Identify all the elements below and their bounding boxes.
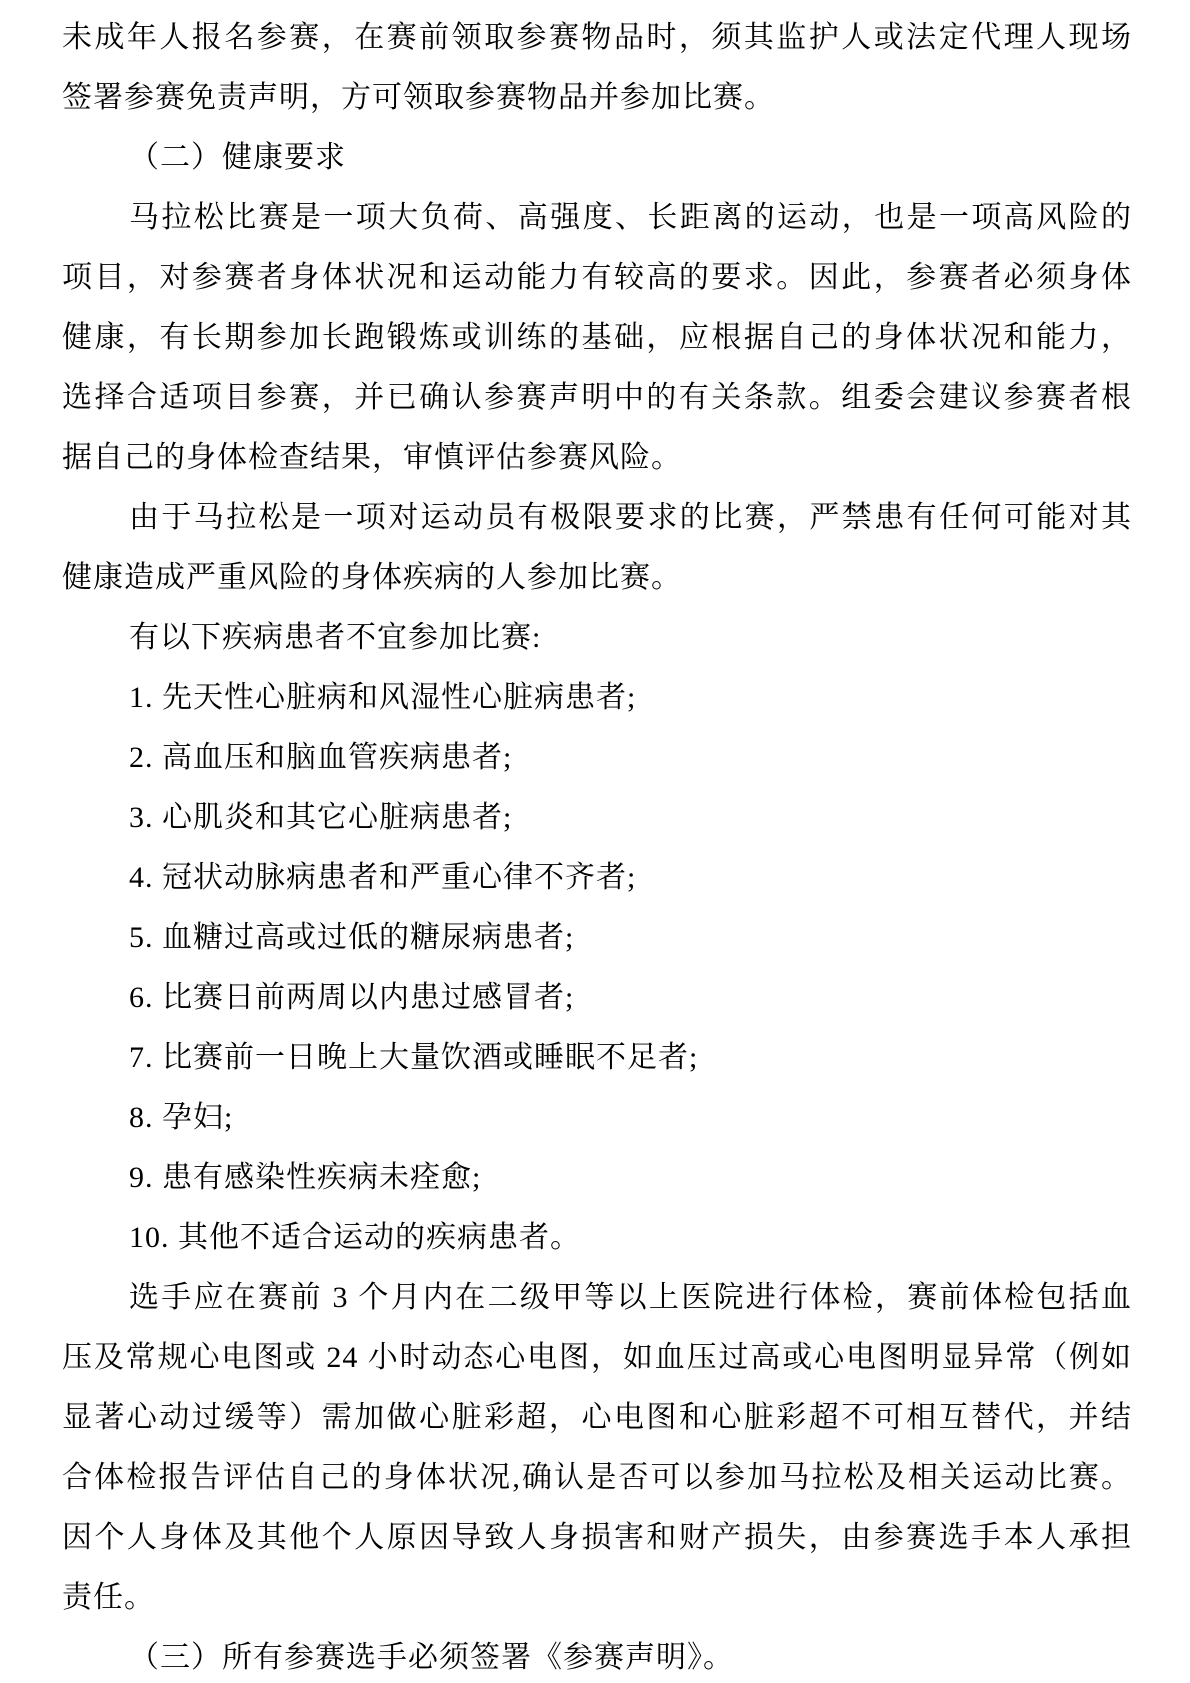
paragraph-line: 马拉松比赛是一项大负荷、高强度、长距离的运动，也是一项高风险的	[62, 188, 1132, 248]
paragraph-line: 有以下疾病患者不宜参加比赛:	[62, 608, 1132, 668]
paragraph-line: 压及常规心电图或 24 小时动态心电图，如血压过高或心电图明显异常（例如	[62, 1328, 1132, 1388]
section-heading: （二）健康要求	[62, 128, 1132, 188]
list-item-line: 2. 高血压和脑血管疾病患者;	[62, 728, 1132, 788]
document-page: 未成年人报名参赛，在赛前领取参赛物品时，须其监护人或法定代理人现场 签署参赛免责…	[0, 0, 1190, 1683]
paragraph-line: 健康造成严重风险的身体疾病的人参加比赛。	[62, 548, 1132, 608]
paragraph-line: 因个人身体及其他个人原因导致人身损害和财产损失，由参赛选手本人承担	[62, 1508, 1132, 1568]
list-item-line: 4. 冠状动脉病患者和严重心律不齐者;	[62, 848, 1132, 908]
paragraph-line: 选择合适项目参赛，并已确认参赛声明中的有关条款。组委会建议参赛者根	[62, 368, 1132, 428]
paragraph-line: 由于马拉松是一项对运动员有极限要求的比赛，严禁患有任何可能对其	[62, 488, 1132, 548]
list-item-line: 8. 孕妇;	[62, 1088, 1132, 1148]
paragraph-line: 项目，对参赛者身体状况和运动能力有较高的要求。因此，参赛者必须身体	[62, 248, 1132, 308]
document-text-block: 未成年人报名参赛，在赛前领取参赛物品时，须其监护人或法定代理人现场 签署参赛免责…	[62, 8, 1132, 1683]
list-item-line: 6. 比赛日前两周以内患过感冒者;	[62, 968, 1132, 1028]
list-item-line: 5. 血糖过高或过低的糖尿病患者;	[62, 908, 1132, 968]
list-item-line: 1. 先天性心脏病和风湿性心脏病患者;	[62, 668, 1132, 728]
list-item-line: 3. 心肌炎和其它心脏病患者;	[62, 788, 1132, 848]
paragraph-line: 签署参赛免责声明，方可领取参赛物品并参加比赛。	[62, 68, 1132, 128]
section-heading: （三）所有参赛选手必须签署《参赛声明》。	[62, 1628, 1132, 1683]
list-item-line: 9. 患有感染性疾病未痊愈;	[62, 1148, 1132, 1208]
paragraph-line: 据自己的身体检查结果，审慎评估参赛风险。	[62, 428, 1132, 488]
paragraph-line: 健康，有长期参加长跑锻炼或训练的基础，应根据自己的身体状况和能力，	[62, 308, 1132, 368]
list-item-line: 7. 比赛前一日晚上大量饮酒或睡眠不足者;	[62, 1028, 1132, 1088]
paragraph-line: 责任。	[62, 1568, 1132, 1628]
paragraph-line: 显著心动过缓等）需加做心脏彩超，心电图和心脏彩超不可相互替代，并结	[62, 1388, 1132, 1448]
paragraph-line: 合体检报告评估自己的身体状况,确认是否可以参加马拉松及相关运动比赛。	[62, 1448, 1132, 1508]
list-item-line: 10. 其他不适合运动的疾病患者。	[62, 1208, 1132, 1268]
paragraph-line: 未成年人报名参赛，在赛前领取参赛物品时，须其监护人或法定代理人现场	[62, 8, 1132, 68]
paragraph-line: 选手应在赛前 3 个月内在二级甲等以上医院进行体检，赛前体检包括血	[62, 1268, 1132, 1328]
